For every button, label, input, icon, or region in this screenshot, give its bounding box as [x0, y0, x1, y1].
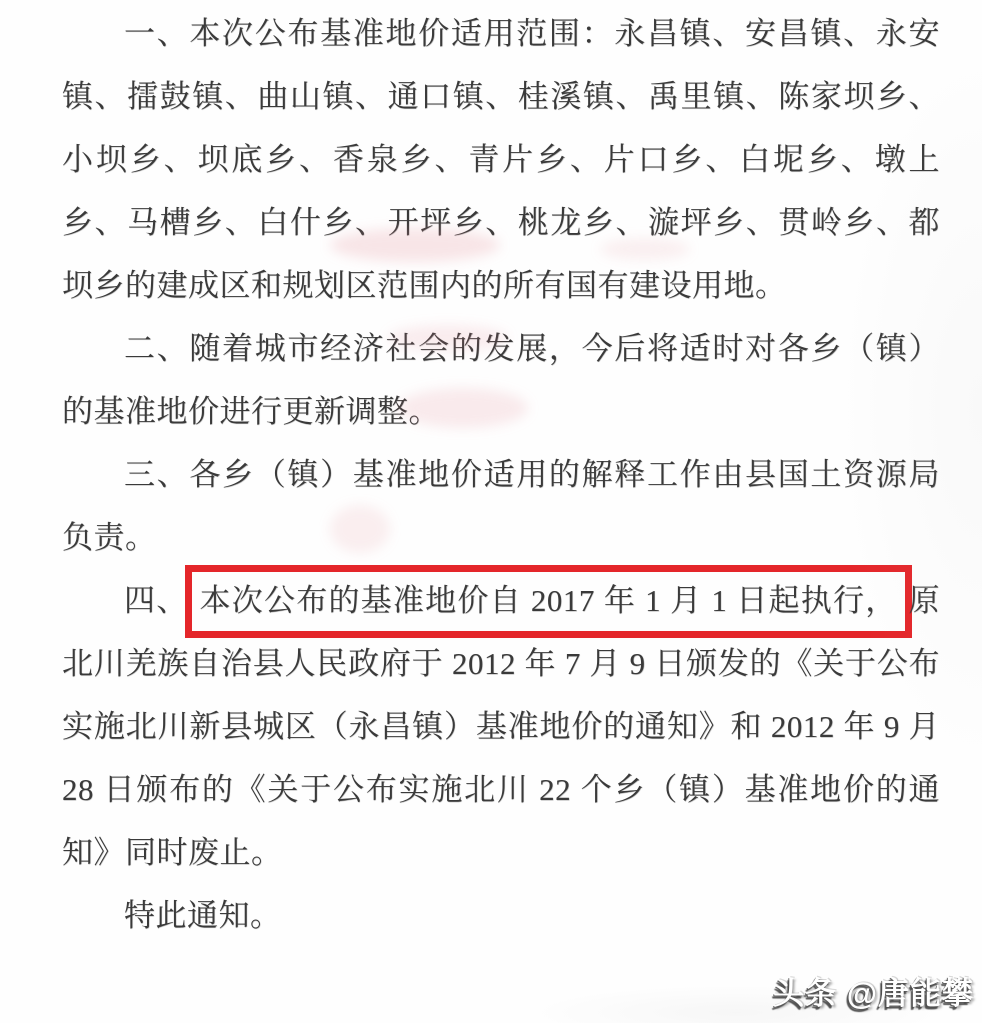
notice-clause-2: 二、随着城市经济社会的发展，今后将适时对各乡（镇）的基准地价进行更新调整。: [62, 317, 940, 443]
scanned-notice-page: 一、本次公布基准地价适用范围：永昌镇、安昌镇、永安镇、擂鼓镇、曲山镇、通口镇、桂…: [0, 0, 982, 1023]
highlight-box: 本次公布的基准地价自 2017 年 1 月 1 日起执行，: [185, 565, 911, 638]
notice-clause-3: 三、各乡（镇）基准地价适用的解释工作由县国土资源局负责。: [62, 443, 940, 569]
highlighted-effective-date-text: 本次公布的基准地价自 2017 年 1 月 1 日起执行，: [199, 583, 897, 618]
notice-clause-4: 四、本次公布的基准地价自 2017 年 1 月 1 日起执行，原北川羌族自治县人…: [62, 569, 940, 884]
notice-clause-1: 一、本次公布基准地价适用范围：永昌镇、安昌镇、永安镇、擂鼓镇、曲山镇、通口镇、桂…: [62, 2, 940, 317]
clause-4-prefix: 四、: [124, 583, 188, 618]
closing-line: 特此通知。: [62, 884, 940, 947]
watermark: 头条 @唐能攀: [773, 968, 974, 1013]
